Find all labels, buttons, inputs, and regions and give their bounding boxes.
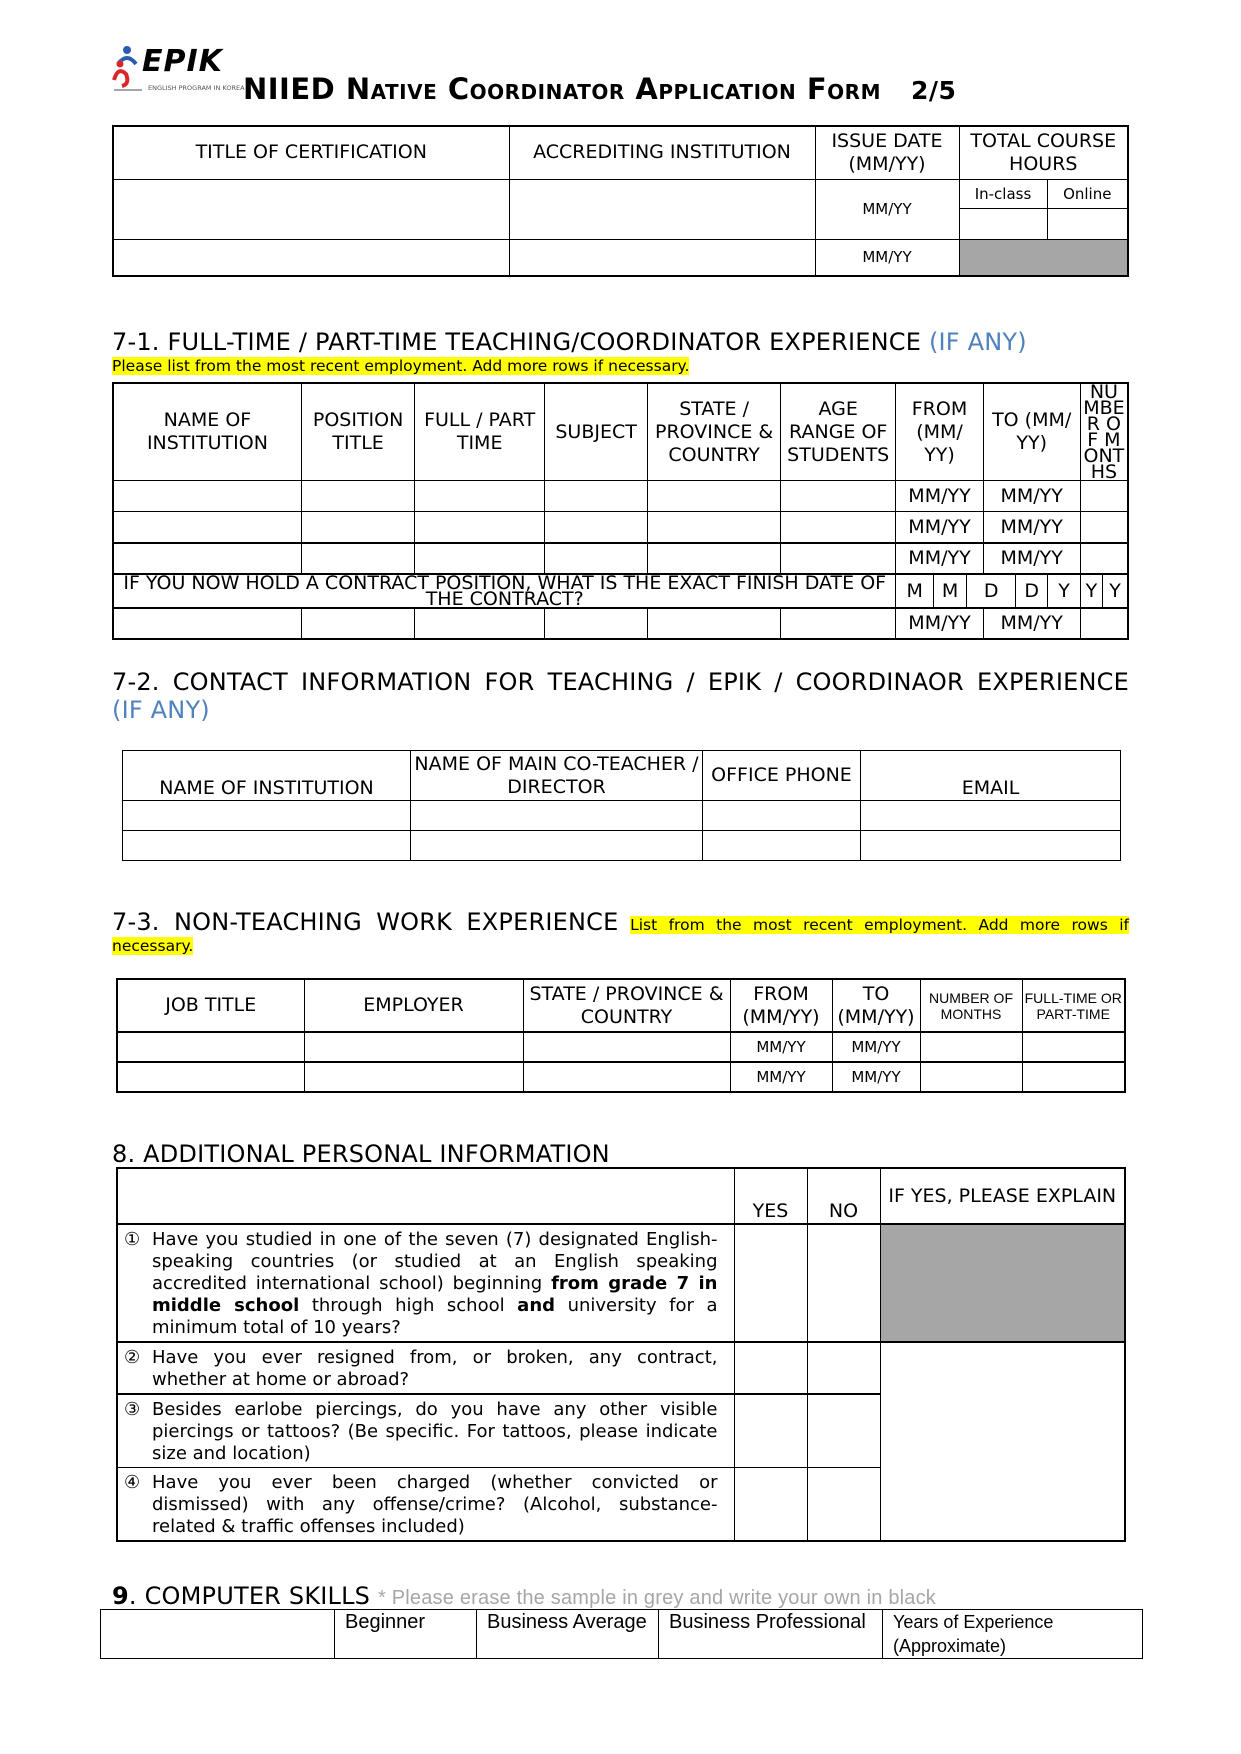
header-employer: EMPLOYER <box>304 979 523 1032</box>
question-row-2: ②Have you ever resigned from, or broken,… <box>117 1342 1125 1394</box>
contract-date-box-y3[interactable]: Y <box>1103 574 1128 608</box>
state-input[interactable] <box>523 1032 730 1062</box>
contract-date-box-m2[interactable]: M <box>933 574 966 608</box>
institution-input[interactable] <box>123 831 411 861</box>
institution-input[interactable] <box>123 801 411 831</box>
months-input[interactable] <box>1080 608 1128 639</box>
section-8-title: 8. ADDITIONAL PERSONAL INFORMATION <box>112 1140 610 1168</box>
email-input[interactable] <box>861 831 1121 861</box>
header-skill <box>101 1610 335 1659</box>
teaching-experience-table: NAME OF INSTITUTION POSITION TITLE FULL … <box>112 382 1129 640</box>
contract-date-box-d2[interactable]: D <box>1015 574 1047 608</box>
subheader-online: Online <box>1047 179 1128 208</box>
explain-input[interactable] <box>880 1342 1125 1541</box>
state-input[interactable] <box>648 608 781 639</box>
header-from: FROM (MM/YY) <box>730 979 832 1032</box>
cert-issue-date-input-1[interactable]: MM/YY <box>815 179 959 239</box>
state-input[interactable] <box>523 1062 730 1092</box>
header-to: TO (MM/ YY) <box>983 383 1080 481</box>
cert-institution-input-1[interactable] <box>509 179 815 239</box>
table-row <box>123 831 1121 861</box>
contract-finish-row: IF YOU NOW HOLD A CONTRACT POSITION, WHA… <box>113 574 1128 608</box>
explain-disabled <box>880 1224 1125 1342</box>
logo-text: EPIK <box>142 44 223 79</box>
table-row: MM/YY MM/YY <box>113 543 1128 574</box>
table-row: MM/YY MM/YY <box>113 481 1128 512</box>
yes-checkbox[interactable] <box>734 1342 807 1394</box>
phone-input[interactable] <box>703 831 861 861</box>
full-part-input[interactable] <box>415 512 545 543</box>
non-teaching-experience-table: JOB TITLE EMPLOYER STATE / PROVINCE & CO… <box>116 978 1126 1093</box>
subject-input[interactable] <box>544 512 647 543</box>
from-input[interactable]: MM/YY <box>730 1032 832 1062</box>
header-name-of-institution: NAME OF INSTITUTION <box>113 383 301 481</box>
header-issue-date: ISSUE DATE (MM/YY) <box>815 126 959 179</box>
contract-date-box-d1[interactable]: D <box>967 574 1016 608</box>
from-input[interactable]: MM/YY <box>896 512 983 543</box>
header-email: EMAIL <box>861 751 1121 801</box>
to-input[interactable]: MM/YY <box>832 1032 920 1062</box>
no-checkbox[interactable] <box>807 1342 880 1394</box>
cert-institution-input-2[interactable] <box>509 239 815 276</box>
table-row <box>123 801 1121 831</box>
header-to: TO (MM/YY) <box>832 979 920 1032</box>
section-7-1-note: Please list from the most recent employm… <box>112 357 689 375</box>
section-7-2-if-any: (IF ANY) <box>112 696 210 724</box>
header-title-of-certification: TITLE OF CERTIFICATION <box>113 126 509 179</box>
cert-hours-disabled <box>959 239 1128 276</box>
header-question <box>117 1168 734 1224</box>
months-input[interactable] <box>1080 543 1128 574</box>
months-input[interactable] <box>920 1062 1022 1092</box>
question-row-1: ①Have you studied in one of the seven (7… <box>117 1224 1125 1342</box>
header-full-part-time: FULL / PART TIME <box>415 383 545 481</box>
header-co-teacher-director: NAME OF MAIN CO-TEACHER / DIRECTOR <box>411 751 703 801</box>
from-input[interactable]: MM/YY <box>896 481 983 512</box>
institution-input[interactable] <box>113 512 301 543</box>
question-number: ① <box>124 1229 140 1251</box>
subject-input[interactable] <box>544 543 647 574</box>
months-input[interactable] <box>1080 512 1128 543</box>
logo-subtext: ENGLISH PROGRAM IN KOREA <box>148 84 245 92</box>
cert-online-hours-input-1[interactable] <box>1047 208 1128 239</box>
contract-date-box-y2[interactable]: Y <box>1080 574 1102 608</box>
full-part-input[interactable] <box>1022 1032 1125 1062</box>
section-7-1-title: 7-1. FULL-TIME / PART-TIME TEACHING/COOR… <box>112 328 921 356</box>
question-2: ②Have you ever resigned from, or broken,… <box>117 1342 734 1394</box>
from-input[interactable]: MM/YY <box>896 608 983 639</box>
question-4: ④Have you ever been charged (whether con… <box>117 1468 734 1542</box>
institution-input[interactable] <box>113 543 301 574</box>
table-row: MM/YY MM/YY <box>113 512 1128 543</box>
section-9-note: * Please erase the sample in grey and wr… <box>378 1587 936 1609</box>
institution-input[interactable] <box>113 608 301 639</box>
header-business-professional: Business Professional <box>659 1610 883 1659</box>
question-1: ①Have you studied in one of the seven (7… <box>117 1224 734 1342</box>
state-input[interactable] <box>648 512 781 543</box>
section-7-3-heading: 7-3. NON-TEACHING WORK EXPERIENCE List f… <box>112 908 1129 955</box>
to-input[interactable]: MM/YY <box>983 512 1080 543</box>
from-input[interactable]: MM/YY <box>896 543 983 574</box>
no-checkbox[interactable] <box>807 1394 880 1468</box>
full-part-input[interactable] <box>415 543 545 574</box>
age-range-input[interactable] <box>780 512 895 543</box>
header-yes: YES <box>734 1168 807 1224</box>
cert-issue-date-input-2[interactable]: MM/YY <box>815 239 959 276</box>
job-title-input[interactable] <box>117 1062 304 1092</box>
full-part-input[interactable] <box>1022 1062 1125 1092</box>
header-number-of-months: NUMBER OF MONTHS <box>920 979 1022 1032</box>
contract-date-box-y1[interactable]: Y <box>1048 574 1080 608</box>
age-range-input[interactable] <box>780 481 895 512</box>
question-3: ③Besides earlobe piercings, do you have … <box>117 1394 734 1468</box>
section-9-heading: 9. COMPUTER SKILLS * Please erase the sa… <box>112 1582 936 1612</box>
no-checkbox[interactable] <box>807 1224 880 1342</box>
from-input[interactable]: MM/YY <box>730 1062 832 1092</box>
state-input[interactable] <box>648 543 781 574</box>
yes-checkbox[interactable] <box>734 1394 807 1468</box>
phone-input[interactable] <box>703 801 861 831</box>
months-input[interactable] <box>1080 481 1128 512</box>
no-checkbox[interactable] <box>807 1468 880 1542</box>
position-input[interactable] <box>301 481 414 512</box>
state-input[interactable] <box>648 481 781 512</box>
header-total-course-hours: TOTAL COURSE HOURS <box>959 126 1128 179</box>
header-from: FROM (MM/ YY) <box>896 383 983 481</box>
header-no: NO <box>807 1168 880 1224</box>
header-job-title: JOB TITLE <box>117 979 304 1032</box>
header-beginner: Beginner <box>335 1610 477 1659</box>
additional-info-table: YES NO IF YES, PLEASE EXPLAIN ①Have you … <box>116 1167 1126 1542</box>
full-part-input[interactable] <box>415 608 545 639</box>
contract-date-box-m1[interactable]: M <box>896 574 933 608</box>
header-number-of-months: NUMBER OF MONTHS <box>1080 383 1128 481</box>
header-subject: SUBJECT <box>544 383 647 481</box>
age-range-input[interactable] <box>780 543 895 574</box>
computer-skills-table: Beginner Business Average Business Profe… <box>100 1609 1143 1659</box>
section-7-1-heading: 7-1. FULL-TIME / PART-TIME TEACHING/COOR… <box>112 328 1027 356</box>
header-state-province-country: STATE / PROVINCE & COUNTRY <box>648 383 781 481</box>
subject-input[interactable] <box>544 481 647 512</box>
employer-input[interactable] <box>304 1062 523 1092</box>
job-title-input[interactable] <box>117 1032 304 1062</box>
co-teacher-input[interactable] <box>411 831 703 861</box>
subject-input[interactable] <box>544 608 647 639</box>
header-accrediting-institution: ACCREDITING INSTITUTION <box>509 126 815 179</box>
institution-input[interactable] <box>113 481 301 512</box>
to-input[interactable]: MM/YY <box>832 1062 920 1092</box>
page-number: 2/5 <box>911 76 956 105</box>
subheader-in-class: In-class <box>959 179 1047 208</box>
position-input[interactable] <box>301 543 414 574</box>
page-title: NIIED Native Coordinator Application For… <box>243 72 956 106</box>
section-7-3-title: 7-3. NON-TEACHING WORK EXPERIENCE <box>112 908 618 936</box>
cert-title-input-2[interactable] <box>113 239 509 276</box>
position-input[interactable] <box>301 512 414 543</box>
employer-input[interactable] <box>304 1032 523 1062</box>
header-office-phone: OFFICE PHONE <box>703 751 861 801</box>
header-age-range: AGE RANGE OF STUDENTS <box>780 383 895 481</box>
contract-question: IF YOU NOW HOLD A CONTRACT POSITION, WHA… <box>113 574 896 608</box>
cert-in-class-hours-input-1[interactable] <box>959 208 1047 239</box>
to-input[interactable]: MM/YY <box>983 481 1080 512</box>
section-7-1-if-any: (IF ANY) <box>929 328 1027 356</box>
section-9-number: 9 <box>112 1582 129 1610</box>
header-state-province-country: STATE / PROVINCE & COUNTRY <box>523 979 730 1032</box>
table-row: MM/YY MM/YY <box>117 1032 1125 1062</box>
header-business-average: Business Average <box>477 1610 659 1659</box>
section-9-title: . COMPUTER SKILLS <box>129 1582 370 1610</box>
cert-title-input-1[interactable] <box>113 179 509 239</box>
header-name-of-institution: NAME OF INSTITUTION <box>123 751 411 801</box>
table-row: MM/YY MM/YY <box>113 608 1128 639</box>
header-full-or-part-time: FULL-TIME OR PART-TIME <box>1022 979 1125 1032</box>
email-input[interactable] <box>861 801 1121 831</box>
to-input[interactable]: MM/YY <box>983 608 1080 639</box>
form-title: NIIED Native Coordinator Application For… <box>243 72 881 106</box>
section-7-2-title: 7-2. CONTACT INFORMATION FOR TEACHING / … <box>112 668 1129 696</box>
co-teacher-input[interactable] <box>411 801 703 831</box>
certification-table: TITLE OF CERTIFICATION ACCREDITING INSTI… <box>112 125 1129 277</box>
epik-logo: EPIK ENGLISH PROGRAM IN KOREA <box>112 44 236 102</box>
full-part-input[interactable] <box>415 481 545 512</box>
contact-info-table: NAME OF INSTITUTION NAME OF MAIN CO-TEAC… <box>122 750 1121 861</box>
age-range-input[interactable] <box>780 608 895 639</box>
header-explain: IF YES, PLEASE EXPLAIN <box>880 1168 1125 1224</box>
table-row: MM/YY MM/YY <box>117 1062 1125 1092</box>
yes-checkbox[interactable] <box>734 1468 807 1542</box>
to-input[interactable]: MM/YY <box>983 543 1080 574</box>
header-position-title: POSITION TITLE <box>301 383 414 481</box>
months-input[interactable] <box>920 1032 1022 1062</box>
header-years-experience: Years of Experience (Approximate) <box>883 1610 1143 1659</box>
position-input[interactable] <box>301 608 414 639</box>
yes-checkbox[interactable] <box>734 1224 807 1342</box>
